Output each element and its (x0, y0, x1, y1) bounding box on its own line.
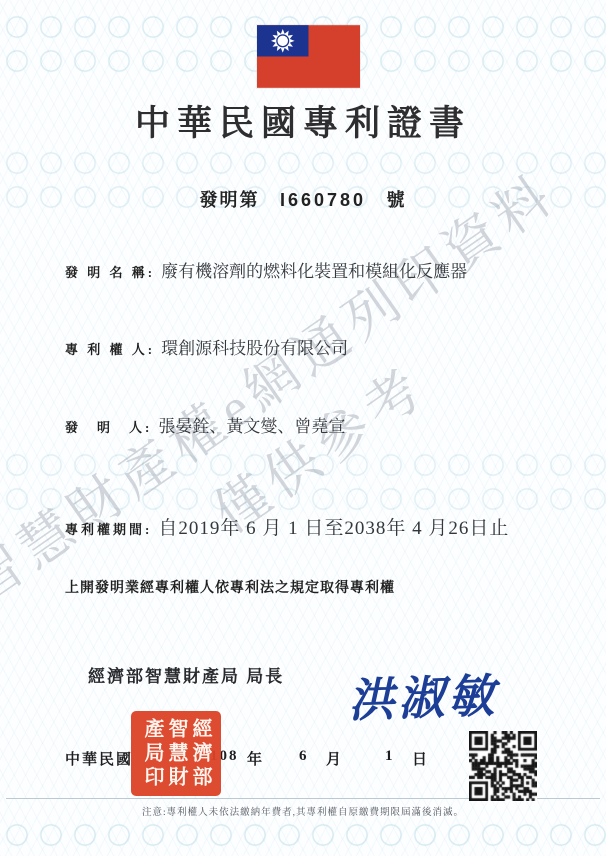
field-label: 發 明 名 稱: (65, 265, 155, 280)
field-value: 張晏銓、黃文燮、曾堯宣 (158, 417, 345, 436)
cert-no-prefix: 發明第 (199, 190, 259, 210)
date-day: 1 (385, 748, 395, 765)
field-patent-term: 專利權期間: 自2019年 6 月 1 日至2038年 4 月26日止 (65, 513, 509, 540)
grant-statement: 上開發明業經專利權人依專利法之規定取得專利權 (65, 577, 395, 597)
date-month: 6 (299, 748, 309, 765)
official-red-seal: 產局印 智慧財 經濟部 (131, 711, 221, 796)
field-value: 廢有機溶劑的燃料化裝置和模組化反應器 (161, 262, 467, 281)
field-value: 環創源科技股份有限公司 (161, 339, 348, 358)
seal-column-middle: 智慧財 (166, 718, 186, 790)
watermark-line1: 智慧財產權e網通列印資料 (0, 152, 569, 618)
certificate-number-line: 發明第 I660780 號 (0, 186, 606, 212)
field-label: 發 明 人: (65, 420, 152, 435)
date-year-unit: 年 (247, 748, 264, 769)
certificate-title: 中華民國專利證書 (0, 96, 606, 146)
cert-no-value: I660780 (280, 190, 366, 210)
patent-certificate-page: 智慧財產權e網通列印資料 僅供參考 中華民國專利證書 (0, 0, 606, 856)
field-label: 專利權期間: (65, 522, 152, 537)
field-label: 專 利 權 人: (65, 342, 155, 357)
seal-column-right: 經濟部 (190, 718, 210, 790)
seal-column-left: 產局印 (142, 718, 162, 790)
field-patentee: 專 利 權 人: 環創源科技股份有限公司 (65, 334, 348, 359)
field-inventors: 發 明 人: 張晏銓、黃文燮、曾堯宣 (65, 412, 345, 437)
director-signature: 洪淑敏 (347, 659, 499, 730)
cert-no-suffix: 號 (387, 190, 407, 210)
field-invention-name: 發 明 名 稱: 廢有機溶劑的燃料化裝置和模組化反應器 (65, 257, 467, 282)
roc-flag (257, 25, 360, 88)
date-era: 中華民國 (65, 748, 133, 769)
date-month-unit: 月 (326, 748, 343, 769)
qr-code (469, 731, 537, 801)
field-value: 自2019年 6 月 1 日至2038年 4 月26日止 (158, 518, 509, 539)
date-day-unit: 日 (412, 748, 429, 769)
issuer-office-title: 經濟部智慧財產局 局長 (88, 662, 284, 687)
footnote-text: 注意:專利權人未依法繳納年費者,其專利權自原繳費期限屆滿後消滅。 (0, 804, 606, 818)
